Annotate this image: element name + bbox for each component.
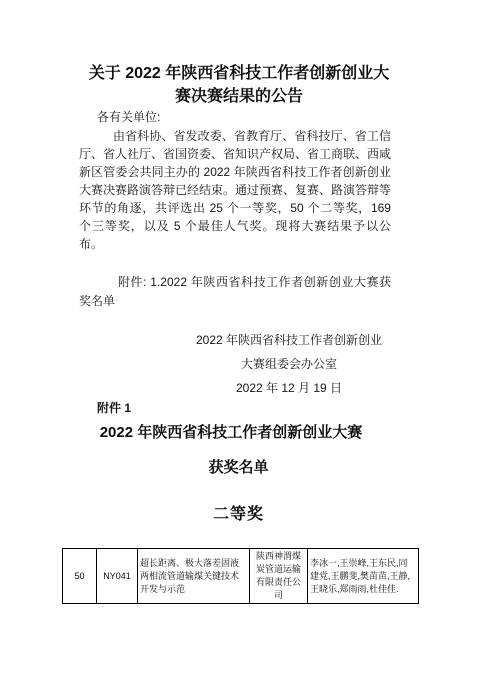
second-prize-heading: 二等奖 [0, 501, 477, 524]
signature-block: 2022 年陕西省科技工作者创新创业 大赛组委会办公室 2022 年 12 月 … [139, 330, 439, 402]
signature-org-line1: 2022 年陕西省科技工作者创新创业 [139, 330, 439, 350]
organization-cell: 陕西神渭煤炭管道运输有限责任公司 [250, 549, 308, 604]
attachment-label: 附件 1 [97, 399, 131, 416]
project-cell: 超长距离、极大落差固液两相流管道输煤关键技术开发与示范 [138, 549, 250, 604]
signature-org-line2: 大赛组委会办公室 [139, 354, 439, 374]
attachment-title: 2022 年陕西省科技工作者创新创业大赛 [0, 421, 462, 442]
salutation: 各有关单位: [97, 109, 160, 125]
rank-cell: 50 [63, 549, 97, 604]
team-cell: 李冰一,王崇峰,王东民,同建党,王鹏斐,樊苗苗,王静,王晓乐,郑雨雨,杜佳佳. [308, 549, 419, 604]
document-page: 关于 2022 年陕西省科技工作者创新创业大赛决赛结果的公告 各有关单位: 由省… [0, 0, 477, 674]
award-list-title: 获奖名单 [0, 456, 477, 477]
attachment-note: 附件: 1.2022 年陕西省科技工作者创新创业大赛获奖名单 [79, 273, 391, 311]
code-cell: NY041 [97, 549, 138, 604]
notice-body: 由省科协、省发改委、省教育厅、省科技厅、省工信厅、省人社厅、省国资委、省知识产权… [79, 127, 391, 253]
signature-date: 2022 年 12 月 19 日 [139, 378, 439, 398]
table-row: 50 NY041 超长距离、极大落差固液两相流管道输煤关键技术开发与示范 陕西神… [63, 549, 419, 604]
document-title: 关于 2022 年陕西省科技工作者创新创业大赛决赛结果的公告 [82, 62, 396, 108]
award-table: 50 NY041 超长距离、极大落差固液两相流管道输煤关键技术开发与示范 陕西神… [62, 548, 419, 604]
